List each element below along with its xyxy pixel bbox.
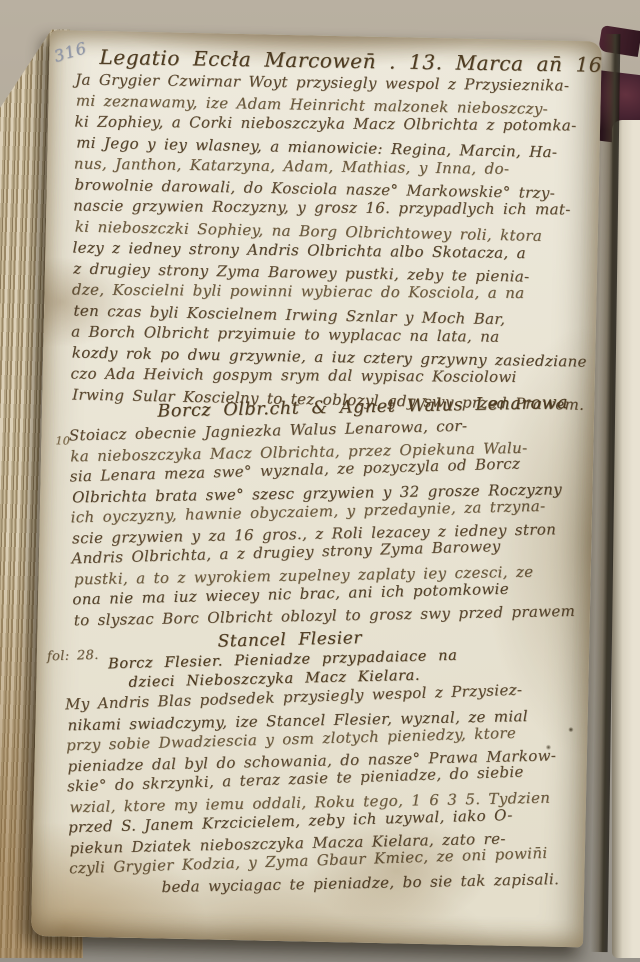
entry-legatio: Legatio Eccła Marcowen̄ . 13. Marca an̄ … xyxy=(70,44,591,414)
entry-stancel-flesier: Stancel Flesier Borcz Flesier. Pieniadze… xyxy=(63,622,584,900)
manuscript-line: czo Ada Heivich gospym srym dal wypisac … xyxy=(70,364,585,389)
manuscript-page: 316 10 fol: 28. Legatio Eccła Marcowen̄ … xyxy=(31,30,602,947)
manuscript-line: dze, Koscielni byli powinni wybierac do … xyxy=(72,280,587,305)
manuscript-line: ki Zophiey, a Corki nieboszczyka Macz Ol… xyxy=(74,112,589,137)
manuscript-line: nascie grzywien Roczyzny, y grosz 16. pr… xyxy=(73,196,588,221)
photo-background: 316 10 fol: 28. Legatio Eccła Marcowen̄ … xyxy=(0,0,640,962)
entry-borcz-olbricht: Borcz Olbr.cht & Agnet Walus Lenarowa St… xyxy=(68,392,588,631)
